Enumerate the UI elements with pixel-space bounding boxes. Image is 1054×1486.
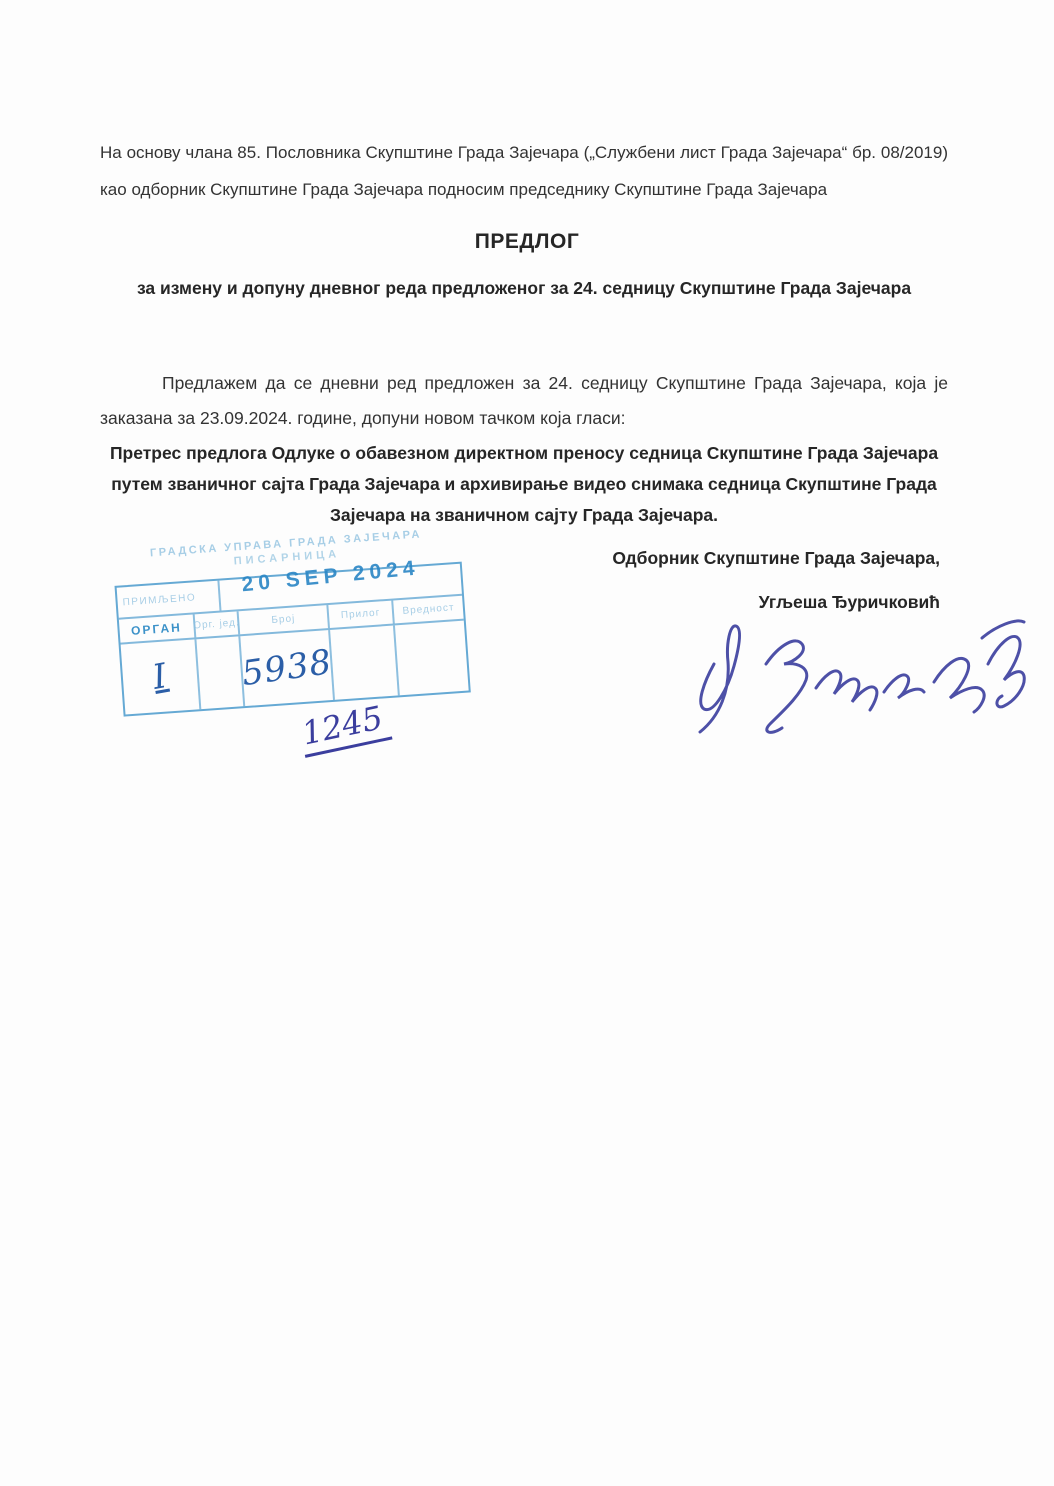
document-title: ПРЕДЛОГ (0, 230, 1054, 254)
stamp-value-broj: 5938 (241, 642, 335, 694)
stamp-received-label: ПРИМЉЕНО (117, 581, 222, 618)
paragraph-intro: На основу члана 85. Пословника Скупштине… (100, 135, 948, 208)
stamp-value-vrednost (395, 621, 469, 696)
handwritten-number: 1245 (297, 697, 393, 758)
stamp-col-orgjed: Орг. јед. (194, 611, 240, 637)
stamp-col-organ: ОРГАН (119, 614, 196, 642)
stamp-col-prilog: Прилог (328, 600, 395, 628)
stamp-value-prilog (330, 625, 400, 699)
proposal-text: Претрес предлога Одлуке о обавезном дире… (100, 438, 948, 531)
stamp-col-vrednost: Вредност (393, 596, 463, 624)
signature-handwriting (684, 602, 1032, 742)
stamp-col-broj: Број (239, 605, 330, 634)
stamp-value-orgjed (196, 636, 245, 709)
paragraph-request: Предлажем да се дневни ред предложен за … (100, 366, 948, 438)
scanned-document-page: На основу члана 85. Пословника Скупштине… (0, 0, 1054, 1486)
signatory-role: Одборник Скупштине Града Зајечара, (612, 548, 940, 569)
stamp-table: ПРИМЉЕНО 20 SEP 2024 ОРГАН Орг. јед. Бро… (115, 562, 471, 717)
stamp-value-organ: I (149, 656, 170, 698)
registry-stamp: ГРАДСКА УПРАВА ГРАДА ЗАЈЕЧАРА ПИСАРНИЦА … (112, 526, 471, 717)
document-subtitle: за измену и допуну дневног реда предложе… (100, 278, 948, 299)
